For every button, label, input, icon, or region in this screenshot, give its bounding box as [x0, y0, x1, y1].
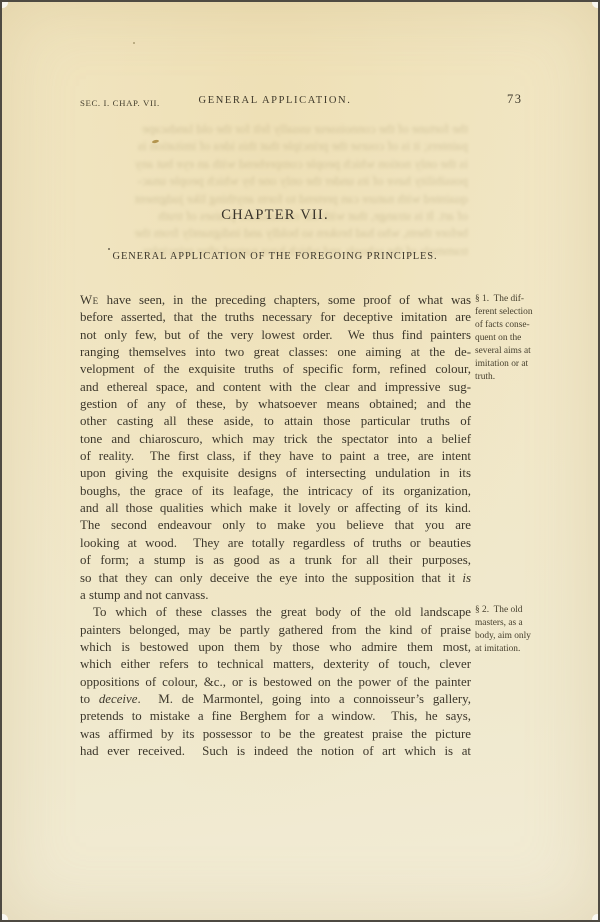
text-line: which either refers to technical matters… — [80, 656, 471, 673]
scan-corner — [592, 914, 600, 922]
text-line: so that they can only deceive the eye in… — [80, 570, 471, 587]
text-line: The second endeavour only to make you be… — [80, 517, 471, 534]
paper-speck — [108, 248, 110, 250]
text-line: tone and chiaroscuro, which may trick th… — [80, 431, 471, 448]
text-line: velopment of the exquisite truths of spe… — [80, 361, 471, 378]
text-line: oppositions of colour, &c., or is bestow… — [80, 674, 471, 691]
margin-note-1: § 1. The dif-ferent selectionof facts co… — [475, 293, 559, 384]
bleedthrough-line: is the only notion which people comprehe… — [76, 156, 468, 173]
paper-speck — [133, 42, 135, 44]
running-header: SEC. I. CHAP. VII. GENERAL APPLICATION. — [80, 95, 470, 111]
text-line: painters belonged, may be partly gathere… — [80, 622, 471, 639]
margin-note-line: body, aim only — [475, 630, 559, 643]
margin-note-line: imitation or at — [475, 358, 559, 371]
margin-note-line: several aims at — [475, 345, 559, 358]
margin-note-line: of facts conse- — [475, 319, 559, 332]
bleedthrough-line: painters; it is of course the principle … — [76, 138, 468, 155]
text-line: was affirmed by its possessor to be the … — [80, 726, 471, 743]
text-line: other casting all these aside, to attain… — [80, 413, 471, 430]
book-page-scan: the fortune of the connoisseur usually f… — [0, 0, 600, 922]
text-line: To which of these classes the great body… — [80, 604, 471, 621]
paper-fleck — [152, 139, 159, 143]
margin-note-line: quent on the — [475, 332, 559, 345]
margin-note-line: § 1. The dif- — [475, 293, 559, 306]
body-text: We have seen, in the preceding chapters,… — [80, 292, 471, 760]
text-line: gestion of any of these, by whatsoever m… — [80, 396, 471, 413]
bleedthrough-line: before them, who had broken so boldly an… — [76, 225, 468, 242]
text-line: of reality. The first class, if they hav… — [80, 448, 471, 465]
margin-note-line: ferent selection — [475, 306, 559, 319]
scan-corner — [592, 0, 600, 8]
chapter-heading: CHAPTER VII. — [80, 207, 470, 224]
margin-note-line: masters, as a — [475, 617, 559, 630]
scan-corner — [0, 0, 8, 8]
bleedthrough-line: quainted with nature can pretend to form… — [76, 191, 468, 208]
text-line: had ever received. Such is indeed the no… — [80, 743, 471, 760]
margin-note-line: truth. — [475, 371, 559, 384]
scan-corner — [0, 914, 8, 922]
section-heading: GENERAL APPLICATION OF THE FOREGOING PRI… — [113, 251, 438, 262]
text-line: pretends to mistake a fine Berghem for a… — [80, 708, 471, 725]
text-line: to deceive. M. de Marmontel, going into … — [80, 691, 471, 708]
text-line: not only few, but of the very lowest ord… — [80, 327, 471, 344]
text-line: We have seen, in the preceding chapters,… — [80, 292, 471, 309]
margin-note-line: § 2. The old — [475, 604, 559, 617]
text-line: looking at wood. They are totally regard… — [80, 535, 471, 552]
page-number: 73 — [507, 92, 523, 107]
text-line: before asserted, that the truths necessa… — [80, 309, 471, 326]
text-line: upon giving the exquisite designs of int… — [80, 465, 471, 482]
text-line: and all those qualities which make it lo… — [80, 500, 471, 517]
bleedthrough-line: possibility have of its under the only o… — [76, 173, 468, 190]
running-header-section: SEC. I. CHAP. VII. — [80, 98, 160, 108]
text-line: which is bestowed upon them by those who… — [80, 639, 471, 656]
text-line: boughs, the grace of its leafage, the in… — [80, 483, 471, 500]
bleedthrough-text: the fortune of the connoisseur usually f… — [76, 121, 468, 260]
margin-note-2: § 2. The oldmasters, as abody, aim onlya… — [475, 604, 559, 656]
text-line: a stump and not canvass. — [80, 587, 471, 604]
text-line: of form; a stump is as good as a trunk f… — [80, 552, 471, 569]
text-line: ranging themselves into two great classe… — [80, 344, 471, 361]
bleedthrough-line: the fortune of the connoisseur usually f… — [76, 121, 468, 138]
margin-note-line: at imitation. — [475, 643, 559, 656]
text-line: and ethereal space, and content with the… — [80, 379, 471, 396]
